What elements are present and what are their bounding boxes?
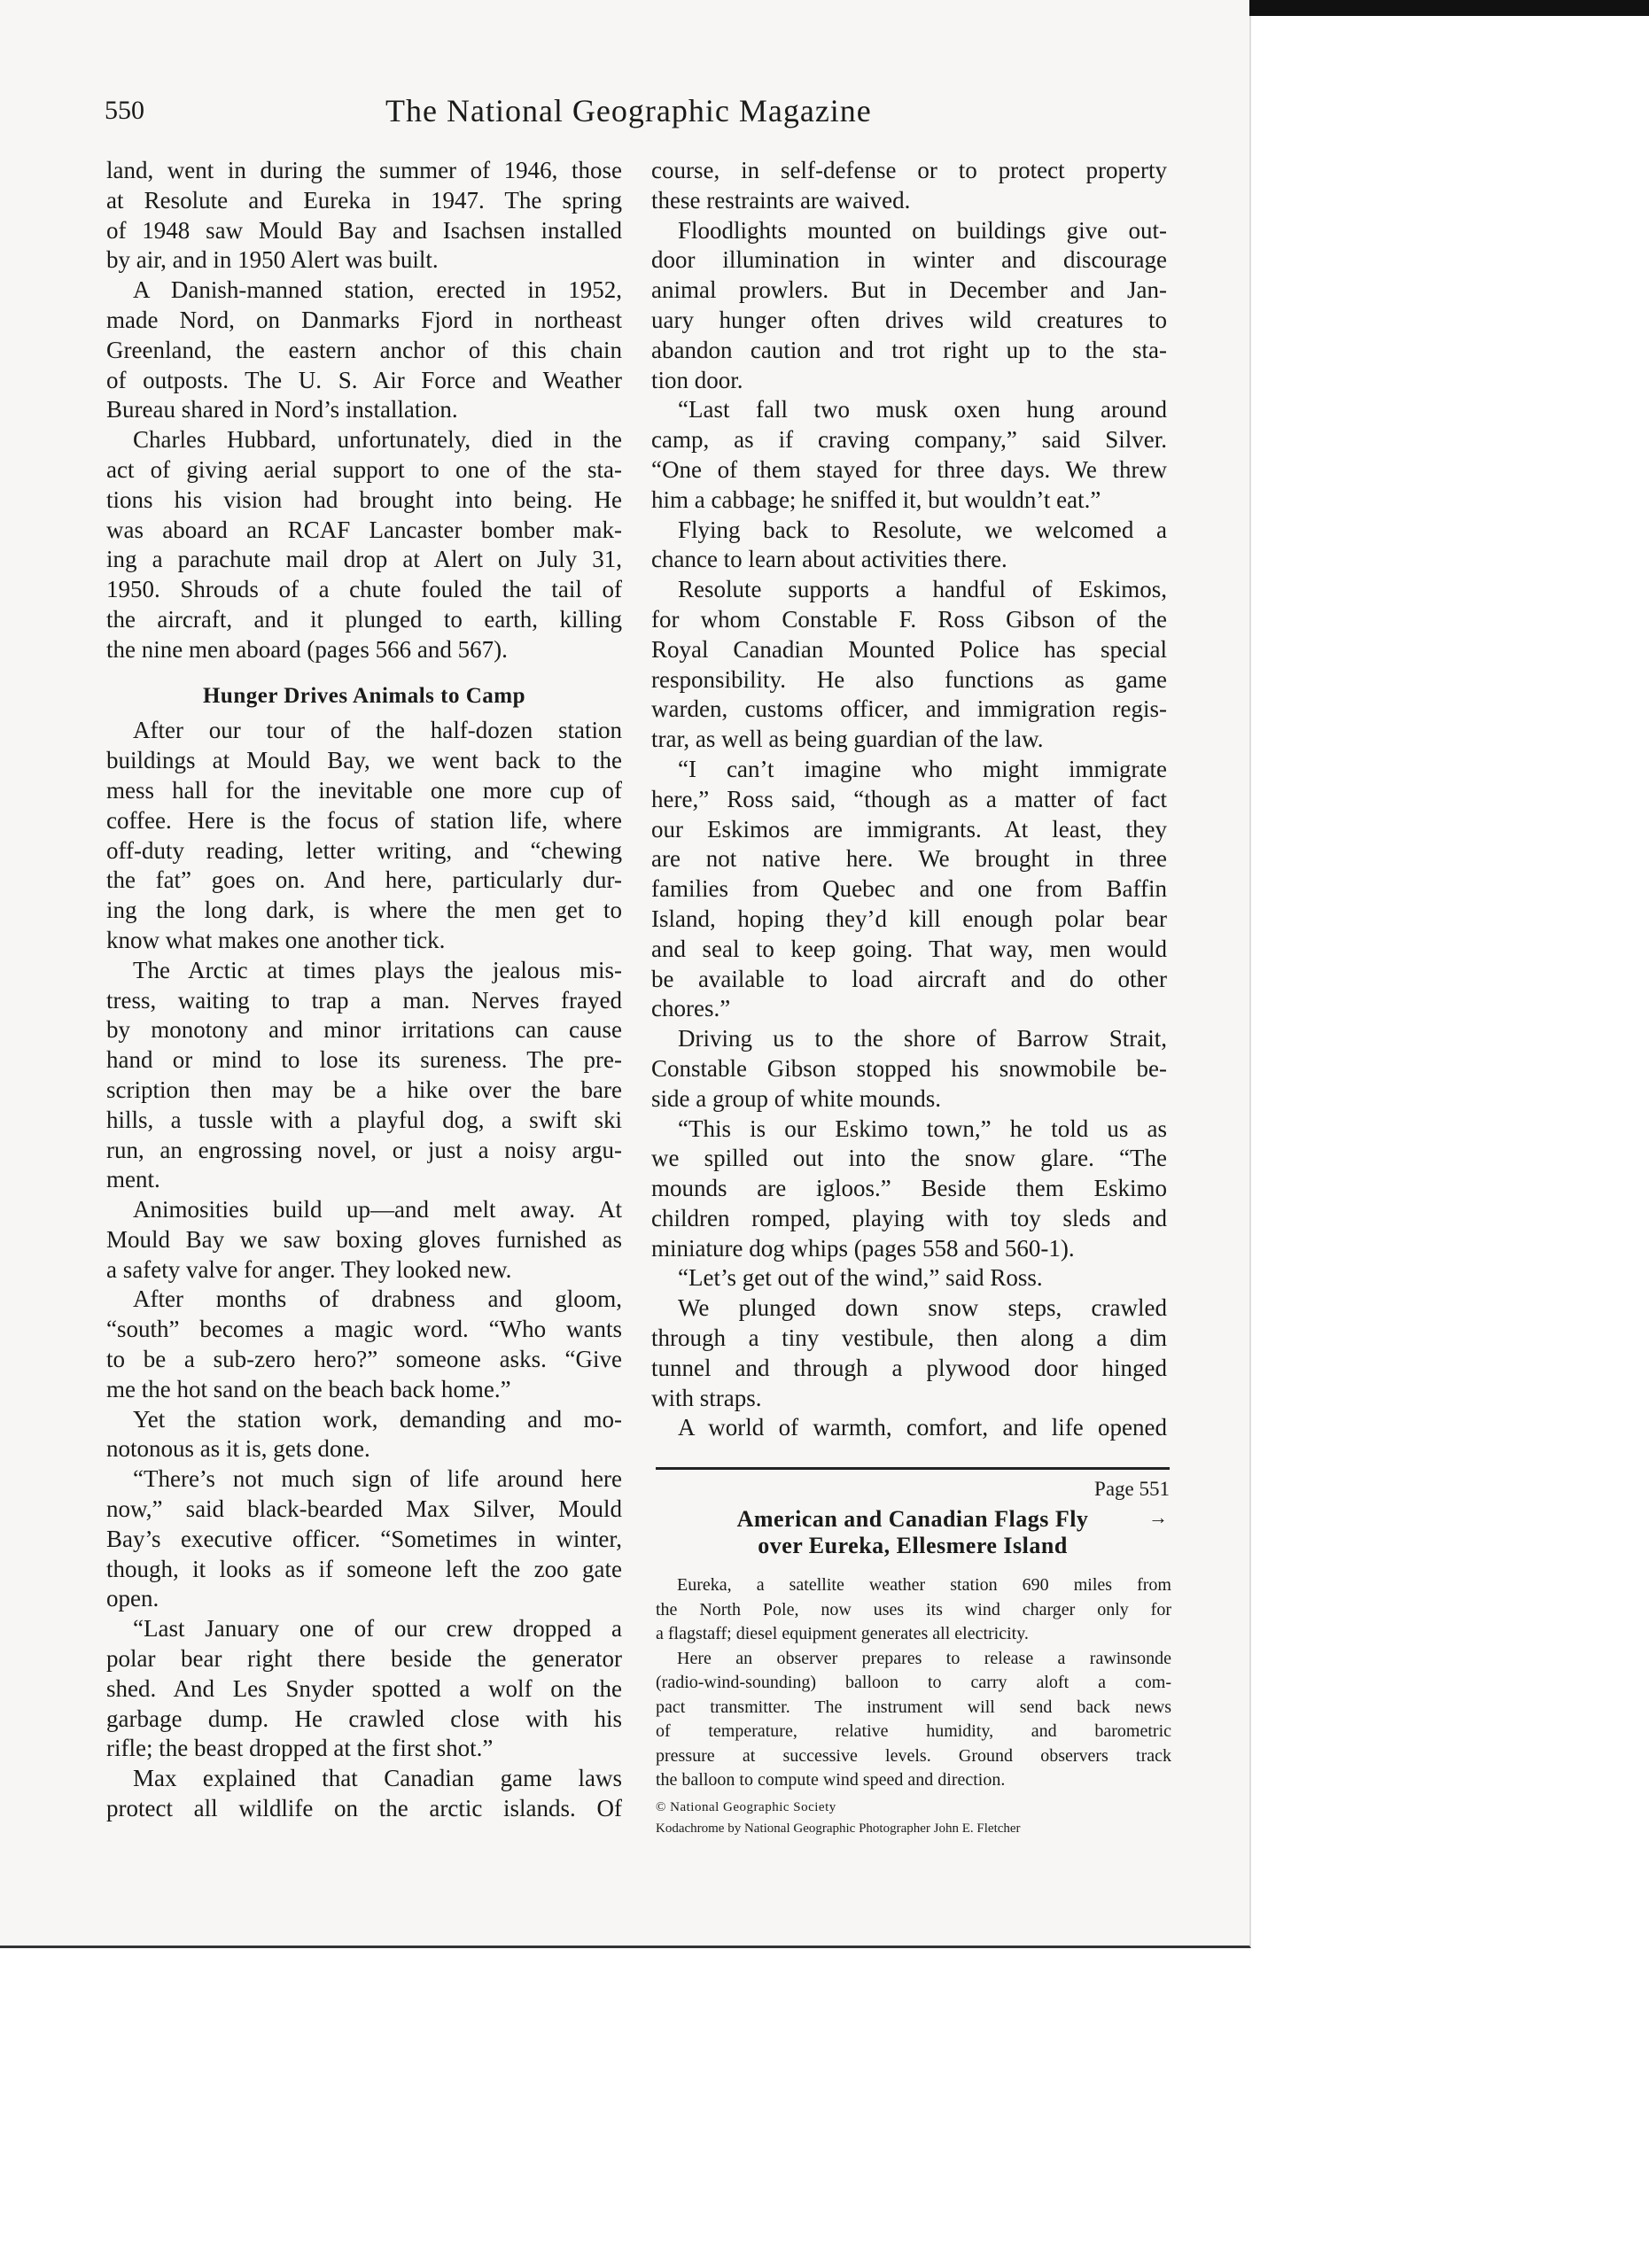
text-line: run, an engrossing novel, or just a nois… [106, 1136, 622, 1166]
text-line: Charles Hubbard, unfortunately, died in … [106, 425, 622, 455]
text-line: and seal to keep going. That way, men wo… [651, 935, 1167, 965]
text-line: tions his vision had brought into being.… [106, 485, 622, 516]
text-line: warden, customs officer, and immigration… [651, 695, 1167, 725]
text-line: now,” said black-bearded Max Silver, Mou… [106, 1495, 622, 1525]
text-line: 1950. Shrouds of a chute fouled the tail… [106, 575, 622, 605]
text-line: me the hot sand on the beach back home.” [106, 1375, 622, 1405]
text-line: trar, as well as being guardian of the l… [651, 725, 1167, 755]
text-line: “Last January one of our crew dropped a [106, 1614, 622, 1644]
caption-line: the balloon to compute wind speed and di… [656, 1768, 1171, 1793]
text-line: Island, hoping they’d kill enough polar … [651, 905, 1167, 935]
text-line: door illumination in winter and discoura… [651, 245, 1167, 276]
text-line: to be a sub-zero hero?” someone asks. “G… [106, 1345, 622, 1375]
caption-line: the North Pole, now uses its wind charge… [656, 1598, 1171, 1623]
text-line: hills, a tussle with a playful dog, a sw… [106, 1106, 622, 1136]
caption-line: pressure at successive levels. Ground ob… [656, 1744, 1171, 1769]
text-line: chance to learn about activities there. [651, 545, 1167, 575]
text-line: act of giving aerial support to one of t… [106, 455, 622, 485]
scan-edge-shadow [1249, 0, 1649, 16]
text-line: these restraints are waived. [651, 186, 1167, 216]
text-line: tion door. [651, 366, 1167, 396]
text-line: be available to load aircraft and do oth… [651, 965, 1167, 995]
text-line: camp, as if craving company,” said Silve… [651, 425, 1167, 455]
page-number: 550 [105, 96, 144, 126]
caption-line: pact transmitter. The instrument will se… [656, 1696, 1171, 1720]
text-line: are not native here. We brought in three [651, 844, 1167, 874]
text-line: Greenland, the eastern anchor of this ch… [106, 336, 622, 366]
text-line: miniature dog whips (pages 558 and 560-1… [651, 1234, 1167, 1264]
caption-line: Here an observer prepares to release a r… [656, 1647, 1171, 1672]
text-line: buildings at Mould Bay, we went back to … [106, 746, 622, 776]
text-line: A world of warmth, comfort, and life ope… [651, 1413, 1167, 1443]
text-line: at Resolute and Eureka in 1947. The spri… [106, 186, 622, 216]
caption-title-line: American and Canadian Flags Fly [656, 1506, 1170, 1533]
text-line: Bureau shared in Nord’s installation. [106, 395, 622, 425]
caption-page-reference: Page 551 [975, 1478, 1170, 1501]
text-line: of outposts. The U. S. Air Force and Wea… [106, 366, 622, 396]
text-line: by air, and in 1950 Alert was built. [106, 245, 622, 276]
text-line: ing the long dark, is where the men get … [106, 896, 622, 926]
text-line: him a cabbage; he sniffed it, but wouldn… [651, 485, 1167, 516]
text-line: Floodlights mounted on buildings give ou… [651, 216, 1167, 246]
text-line: “I can’t imagine who might immigrate [651, 755, 1167, 785]
text-line: know what makes one another tick. [106, 926, 622, 956]
caption-line: Eureka, a satellite weather station 690 … [656, 1573, 1171, 1598]
text-line: off-duty reading, letter writing, and “c… [106, 836, 622, 866]
running-title: The National Geographic Magazine [385, 92, 872, 129]
text-line: ing a parachute mail drop at Alert on Ju… [106, 545, 622, 575]
caption-line: a flagstaff; diesel equipment generates … [656, 1622, 1171, 1647]
caption-title: American and Canadian Flags Fly over Eur… [656, 1506, 1170, 1559]
text-line: A Danish-manned station, erected in 1952… [106, 276, 622, 306]
text-line: Bay’s executive officer. “Sometimes in w… [106, 1525, 622, 1555]
text-line: coffee. Here is the focus of station lif… [106, 806, 622, 836]
photo-credit: Kodachrome by National Geographic Photog… [656, 1821, 1021, 1837]
text-line: was aboard an RCAF Lancaster bomber mak- [106, 516, 622, 546]
text-line: course, in self-defense or to protect pr… [651, 156, 1167, 186]
text-line: “south” becomes a magic word. “Who wants [106, 1315, 622, 1345]
text-line: polar bear right there beside the genera… [106, 1644, 622, 1674]
text-line: Resolute supports a handful of Eskimos, [651, 575, 1167, 605]
text-line: After months of drabness and gloom, [106, 1285, 622, 1315]
text-line: of 1948 saw Mould Bay and Isachsen insta… [106, 216, 622, 246]
text-line: the nine men aboard (pages 566 and 567). [106, 635, 622, 665]
right-column: course, in self-defense or to protect pr… [651, 156, 1167, 1443]
caption-title-line: over Eureka, Ellesmere Island [656, 1533, 1170, 1559]
text-line: land, went in during the summer of 1946,… [106, 156, 622, 186]
text-line: “Last fall two musk oxen hung around [651, 395, 1167, 425]
text-line: garbage dump. He crawled close with his [106, 1705, 622, 1735]
text-line: with straps. [651, 1384, 1167, 1414]
caption-body: Eureka, a satellite weather station 690 … [656, 1573, 1171, 1793]
text-line: Max explained that Canadian game laws [106, 1764, 622, 1794]
text-line: Animosities build up—and melt away. At [106, 1195, 622, 1225]
text-line: responsibility. He also functions as gam… [651, 665, 1167, 695]
text-line: animal prowlers. But in December and Jan… [651, 276, 1167, 306]
text-line: Yet the station work, demanding and mo- [106, 1405, 622, 1435]
text-line: abandon caution and trot right up to the… [651, 336, 1167, 366]
text-line: Constable Gibson stopped his snowmobile … [651, 1054, 1167, 1084]
caption-divider [656, 1467, 1170, 1470]
left-column: land, went in during the summer of 1946,… [106, 156, 622, 1824]
text-line: the fat” goes on. And here, particularly… [106, 866, 622, 896]
text-line: tress, waiting to trap a man. Nerves fra… [106, 986, 622, 1016]
text-line: the aircraft, and it plunged to earth, k… [106, 605, 622, 635]
text-line: children romped, playing with toy sleds … [651, 1204, 1167, 1234]
text-line: here,” Ross said, “though as a matter of… [651, 785, 1167, 815]
section-subheading: Hunger Drives Animals to Camp [106, 681, 622, 711]
text-line: We plunged down snow steps, crawled [651, 1293, 1167, 1324]
text-line: “This is our Eskimo town,” he told us as [651, 1115, 1167, 1145]
text-line: scription then may be a hike over the ba… [106, 1076, 622, 1106]
text-line: through a tiny vestibule, then along a d… [651, 1324, 1167, 1354]
text-line: open. [106, 1584, 622, 1614]
text-line: The Arctic at times plays the jealous mi… [106, 956, 622, 986]
text-line: rifle; the beast dropped at the first sh… [106, 1734, 622, 1764]
arrow-right-icon: → [1148, 1506, 1168, 1529]
text-line: Mould Bay we saw boxing gloves furnished… [106, 1225, 622, 1255]
text-line: shed. And Les Snyder spotted a wolf on t… [106, 1674, 622, 1705]
caption-line: (radio-wind-sounding) balloon to carry a… [656, 1671, 1171, 1696]
text-line: our Eskimos are immigrants. At least, th… [651, 815, 1167, 845]
text-line: though, it looks as if someone left the … [106, 1555, 622, 1585]
text-line: “One of them stayed for three days. We t… [651, 455, 1167, 485]
text-line: families from Quebec and one from Baffin [651, 874, 1167, 905]
copyright-notice: © National Geographic Society [656, 1800, 836, 1815]
text-line: by monotony and minor irritations can ca… [106, 1015, 622, 1045]
text-line: a safety valve for anger. They looked ne… [106, 1255, 622, 1285]
text-line: “There’s not much sign of life around he… [106, 1464, 622, 1495]
text-line: we spilled out into the snow glare. “The [651, 1144, 1167, 1174]
text-line: Driving us to the shore of Barrow Strait… [651, 1024, 1167, 1054]
text-line: tunnel and through a plywood door hinged [651, 1354, 1167, 1384]
text-line: mess hall for the inevitable one more cu… [106, 776, 622, 806]
text-line: for whom Constable F. Ross Gibson of the [651, 605, 1167, 635]
text-line: protect all wildlife on the arctic islan… [106, 1794, 622, 1824]
caption-line: of temperature, relative humidity, and b… [656, 1720, 1171, 1744]
text-line: Royal Canadian Mounted Police has specia… [651, 635, 1167, 665]
text-line: ment. [106, 1165, 622, 1195]
text-line: notonous as it is, gets done. [106, 1434, 622, 1464]
text-line: Flying back to Resolute, we welcomed a [651, 516, 1167, 546]
text-line: chores.” [651, 994, 1167, 1024]
text-line: After our tour of the half-dozen station [106, 716, 622, 746]
magazine-page: 550 The National Geographic Magazine lan… [0, 0, 1251, 1948]
text-line: hand or mind to lose its sureness. The p… [106, 1045, 622, 1076]
text-line: made Nord, on Danmarks Fjord in northeas… [106, 306, 622, 336]
text-line: “Let’s get out of the wind,” said Ross. [651, 1263, 1167, 1293]
text-line: side a group of white mounds. [651, 1084, 1167, 1115]
text-line: mounds are igloos.” Beside them Eskimo [651, 1174, 1167, 1204]
text-line: uary hunger often drives wild creatures … [651, 306, 1167, 336]
